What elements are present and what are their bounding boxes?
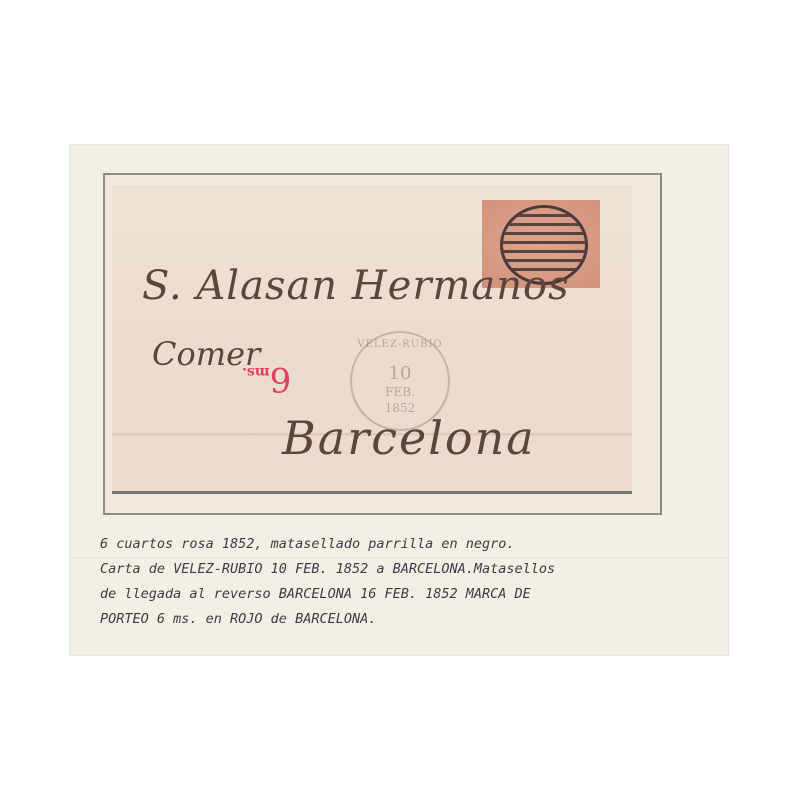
description-caption: 6 cuartos rosa 1852, matasellado parrill… (100, 532, 720, 632)
address-city: Barcelona (282, 411, 536, 465)
caption-line: Carta de VELEZ-RUBIO 10 FEB. 1852 a BARC… (100, 557, 720, 582)
caption-line: de llegada al reverso BARCELONA 16 FEB. … (100, 582, 720, 607)
folded-letter: S. Alasan Hermanos Comer VELEZ-RUBIO 10 … (112, 183, 632, 494)
cover-mount-frame: S. Alasan Hermanos Comer VELEZ-RUBIO 10 … (103, 173, 662, 515)
porteo-unit: ms. (242, 364, 270, 380)
porteo-charge-mark: 6ms. (242, 359, 291, 399)
porteo-number: 6 (270, 359, 292, 399)
postmark-town: VELEZ-RUBIO (352, 339, 448, 350)
postmark-month: FEB. (352, 385, 448, 399)
caption-line: 6 cuartos rosa 1852, matasellado parrill… (100, 532, 720, 557)
postmark-day: 10 (352, 363, 448, 384)
album-page: S. Alasan Hermanos Comer VELEZ-RUBIO 10 … (70, 145, 728, 655)
caption-line: PORTEO 6 ms. en ROJO de BARCELONA. (100, 607, 720, 632)
address-recipient: S. Alasan Hermanos (142, 263, 570, 309)
